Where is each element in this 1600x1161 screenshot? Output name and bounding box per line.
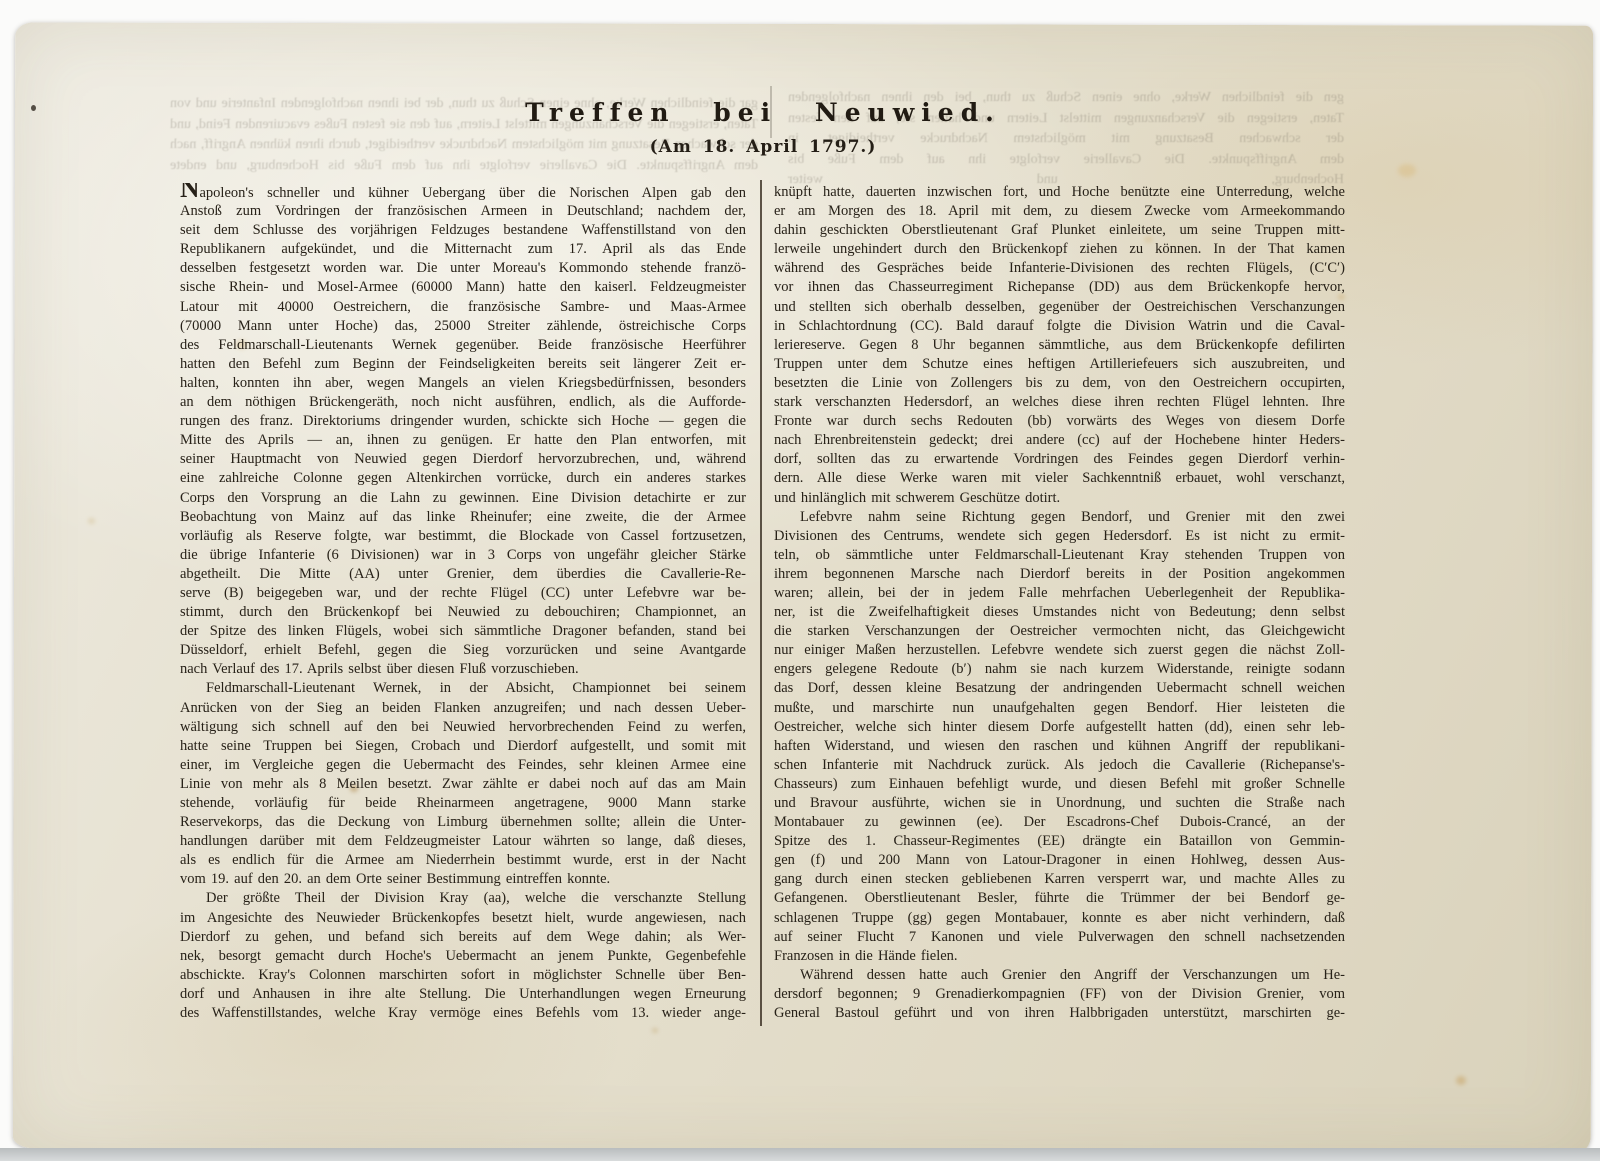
text-line: Lefebvre nahm seine Richtung gegen Bendo… [774,508,1345,527]
text-line: an dem nöthigen Brückengeräth, noch nich… [180,393,746,412]
text-line: handlungen darüber mit dem Feldzeugmeist… [180,832,746,851]
text-line: Reservekorps, das die Deckung von Limbur… [180,813,746,832]
text-line: und stellten sich oberhalb desselben, ge… [774,298,1345,317]
text-line: teln, ob sämmtliche unter Feldmarschall-… [774,546,1345,565]
scanned-page: gar die feindlichen Werke, ohne einen Sc… [0,0,1600,1161]
text-line: Anrücken von der Sieg an beiden Flanken … [180,699,746,718]
text-line: Düsseldorf, erhielt Befehl, gegen die Si… [180,641,746,660]
fox-stain [1398,164,1416,177]
text-line: seiner Hauptmacht von Neuwied gegen Dier… [180,450,746,469]
text-line: stark verschanzten Hedersdorf, an welche… [774,393,1345,412]
text-line: ner, ist die Zweifelhaftigkeit dieses Um… [774,603,1345,622]
left-column: Napoleon's schneller und kühner Uebergan… [180,183,746,1023]
ink-speck [31,105,36,111]
text-line: dersdorf begonnen; 9 Grenadierkompagnien… [774,985,1345,1004]
text-line: desselben festgesetzt worden war. Die un… [180,259,746,278]
text-line: (70000 Mann unter Hoche) das, 25000 Stre… [180,317,746,336]
text-line: in Schlachtordnung (CC). Bald darauf fol… [774,317,1345,336]
text-line: dahin geschickten Oberstlieutenant Graf … [774,221,1345,240]
article-date-subtitle: (Am 18. April 1797.) [180,137,1346,157]
text-line: einer, im Vergleiche gegen die Uebermach… [180,756,746,775]
text-line: Republikanern aufgekündet, und die Mitte… [180,240,746,259]
text-line: der Spitze des linken Flügels, wobei sic… [180,622,746,641]
text-line: Der größte Theil der Division Kray (aa),… [180,889,746,908]
text-line: auf seiner Flucht 7 Kanonen und viele Pu… [774,928,1345,947]
text-line: er am Morgen des 18. April mit dem, zu d… [774,202,1345,221]
text-line: dern. Alle diese Werke waren mit vieler … [774,469,1345,488]
text-line: Beobachtung von Mainz auf das linke Rhei… [180,508,746,527]
text-line: gang durch einen stecken gebliebenen Kar… [774,870,1345,889]
text-line: hatte seine Truppen bei Siegen, Crobach … [180,737,746,756]
text-line: Montabauer zu gewinnen (ee). Der Escadro… [774,813,1345,832]
text-line: wältigung sich schnell auf den bei Neuwi… [180,718,746,737]
text-line: rungen des franz. Direktoriums dringende… [180,412,746,431]
text-line: nur einiger Maßen herzustellen. Lefebvre… [774,641,1345,660]
text-line: und Bravour ausführte, wichen sie in Uno… [774,794,1345,813]
text-line: nach Verlauf des 17. Aprils selbst über … [180,660,746,679]
text-line: Latour mit 40000 Oestreichern, die franz… [180,298,746,317]
text-line: und hinlänglich mit schwerem Geschütze d… [774,489,1345,508]
text-line: General Bastoul geführt und von ihren Ha… [774,1004,1345,1023]
text-line: Chasseurs) zum Einhauen befehligt wurde,… [774,775,1345,794]
text-line: Truppen unter dem Schutze eines heftigen… [774,355,1345,374]
text-line: dorf und Anhausen in ihre alte Stellung.… [180,985,746,1004]
text-line: Corps den Vorsprung an die Lahn zu gewin… [180,489,746,508]
text-line: seit dem Schlusse des vorjährigen Feldzu… [180,221,746,240]
text-line: Mitte des Aprils — an, ihnen zu genügen.… [180,431,746,450]
text-line: Napoleon's schneller und kühner Uebergan… [180,183,746,202]
text-line: gen (f) und 200 Mann von Latour-Dragoner… [774,851,1345,870]
text-line: besetzten die Linie von Zollengers bis z… [774,374,1345,393]
text-line: Feldmarschall-Lieutenant Wernek, in der … [180,679,746,698]
text-line: des Feldmarschall-Lieutenants Wernek geg… [180,336,746,355]
text-line: hatten den Befehl zum Beginn der Feindse… [180,355,746,374]
text-line: leriereserve. Gegen 8 Uhr begannen sämmt… [774,336,1345,355]
text-line: dorf, sollten das zu erwartende Vordring… [774,450,1345,469]
text-line: Fronte war durch sechs Redouten (bb) vor… [774,412,1345,431]
text-line: stimmt, durch den Brückenkopf bei Neuwie… [180,603,746,622]
text-line: Dierdorf zu gehen, und befand sich berei… [180,928,746,947]
text-line: als es endlich für die Armee am Niederrh… [180,851,746,870]
text-line: vor ihnen das Chasseurregiment Richepans… [774,278,1345,297]
text-line: lerweile ungehindert durch den Brückenko… [774,240,1345,259]
text-line: des Waffenstillstandes, welche Kray verm… [180,1004,746,1023]
text-line: Oestreicher, welche sich hinter diesem D… [774,718,1345,737]
text-line: Franzosen in die Hände fielen. [774,947,1345,966]
text-line: sische Rhein- und Mosel-Armee (60000 Man… [180,278,746,297]
text-line: schlagenen Truppe (gg) gegen Montabauer,… [774,909,1345,928]
text-line: abschickte. Kray's Colonnen marschirten … [180,966,746,985]
text-line: ihrem begonnenen Marsche nach Dierdorf b… [774,565,1345,584]
bleedthrough-line: dem Angriffspunkte. Die Cavallerie verfo… [170,156,758,177]
text-line: Während dessen hatte auch Grenier den An… [774,966,1345,985]
text-line: das Dorf, dessen kleine Besatzung der an… [774,679,1345,698]
text-line: nach Ehrenbreitenstein gedeckt; drei and… [774,431,1345,450]
fox-stain [88,518,95,524]
text-line: vorläufig als Reserve folgte, war bestim… [180,527,746,546]
text-line: mußte, und marschirte nun unaufgehalten … [774,699,1345,718]
text-line: waren; allein, bei der in jedem Falle me… [774,584,1345,603]
text-line: vom 19. auf den 20. an dem Orte seiner B… [180,870,746,889]
text-line: Linie von mehr als 8 Meilen besetzt. Zwa… [180,775,746,794]
text-line: Gefangenen. Oberstlieutenant Besler, füh… [774,889,1345,908]
text-line: halten, konnten ihn aber, wegen Mangels … [180,374,746,393]
text-line: Spitze des 1. Chasseur-Regimentes (EE) d… [774,832,1345,851]
text-line: die starken Verschanzungen der Oestreich… [774,622,1345,641]
text-line: die übrige Infanterie (6 Divisionen) war… [180,546,746,565]
text-line: abgetheilt. Die Mitte (AA) unter Grenier… [180,565,746,584]
scanner-edge [0,1148,1600,1161]
text-line: Anstoß zum Vordringen der französischen … [180,202,746,221]
text-line: engers gelegene Redoute (b′) nahm sie na… [774,660,1345,679]
text-line: während des Gespräches beide Infanterie-… [774,259,1345,278]
text-line: nek, besorgt gemacht durch Hoche's Ueber… [180,947,746,966]
text-line: Divisionen des Centrums, wendete sich ge… [774,527,1345,546]
text-line: im Angesichte des Neuwieder Brückenkopfe… [180,909,746,928]
text-line: serve (B) beigegeben war, und der rechte… [180,584,746,603]
text-line: stehende, vorläufig für beide Rheinarmee… [180,794,746,813]
column-divider-rule [760,180,762,1026]
text-line: schen Infanterie mit Nachdruck zurück. A… [774,756,1345,775]
article-title: Treffen bei Neuwied. [180,98,1346,127]
right-column: knüpft hatte, dauerten inzwischen fort, … [774,183,1345,1023]
fox-stain [652,1028,658,1033]
text-line: haften Widerstand, und wiesen den rasche… [774,737,1345,756]
fox-stain [1456,1076,1466,1085]
text-line: knüpft hatte, dauerten inzwischen fort, … [774,183,1345,202]
text-line: eine zahlreiche Colonne gegen Altenkirch… [180,469,746,488]
